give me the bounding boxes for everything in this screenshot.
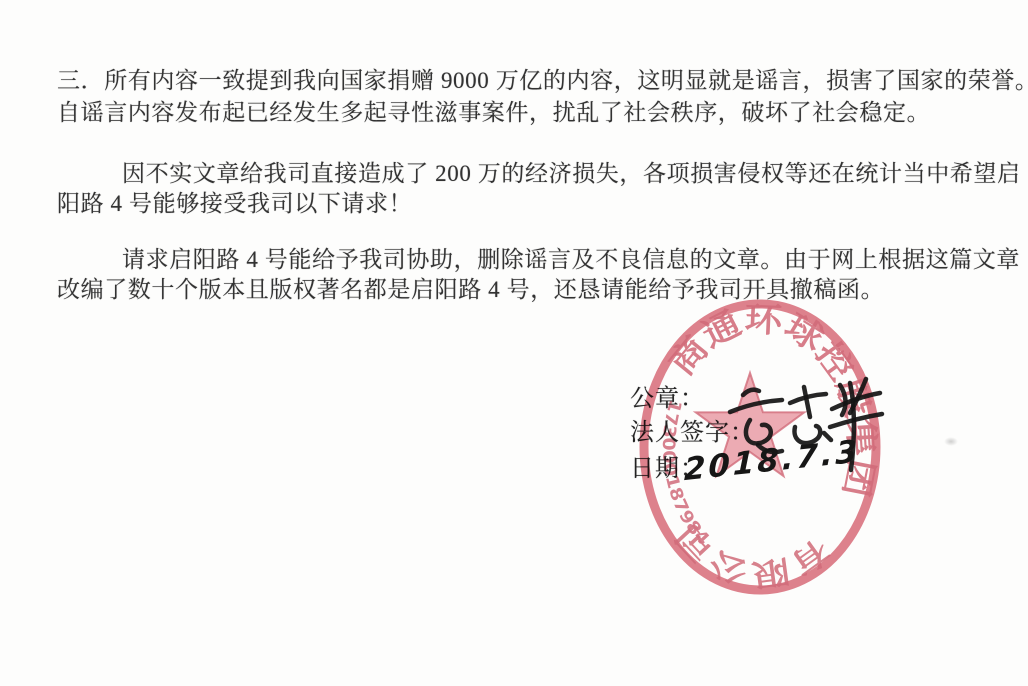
scanned-document-page: 三．所有内容一致提到我向国家捐赠 9000 万亿的内容，这明显就是谣言，损害了国…	[0, 0, 1028, 686]
doc-line: 自谣言内容发布起已经发生多起寻性滋事案件，扰乱了社会秩序，破坏了社会稳定。	[57, 94, 930, 127]
doc-line: 请求启阳路 4 号能给予我司协助，删除谣言及不良信息的文章。由于网上根据这篇文章	[122, 241, 1020, 274]
scan-speck	[944, 437, 958, 446]
doc-line: 三．所有内容一致提到我向国家捐赠 9000 万亿的内容，这明显就是谣言，损害了国…	[57, 62, 1028, 95]
doc-line: 因不实文章给我司直接造成了 200 万的经济损失，各项损害侵权等还在统计当中希望…	[122, 155, 1021, 188]
doc-line: 阳路 4 号能够接受我司以下请求！	[57, 185, 412, 218]
